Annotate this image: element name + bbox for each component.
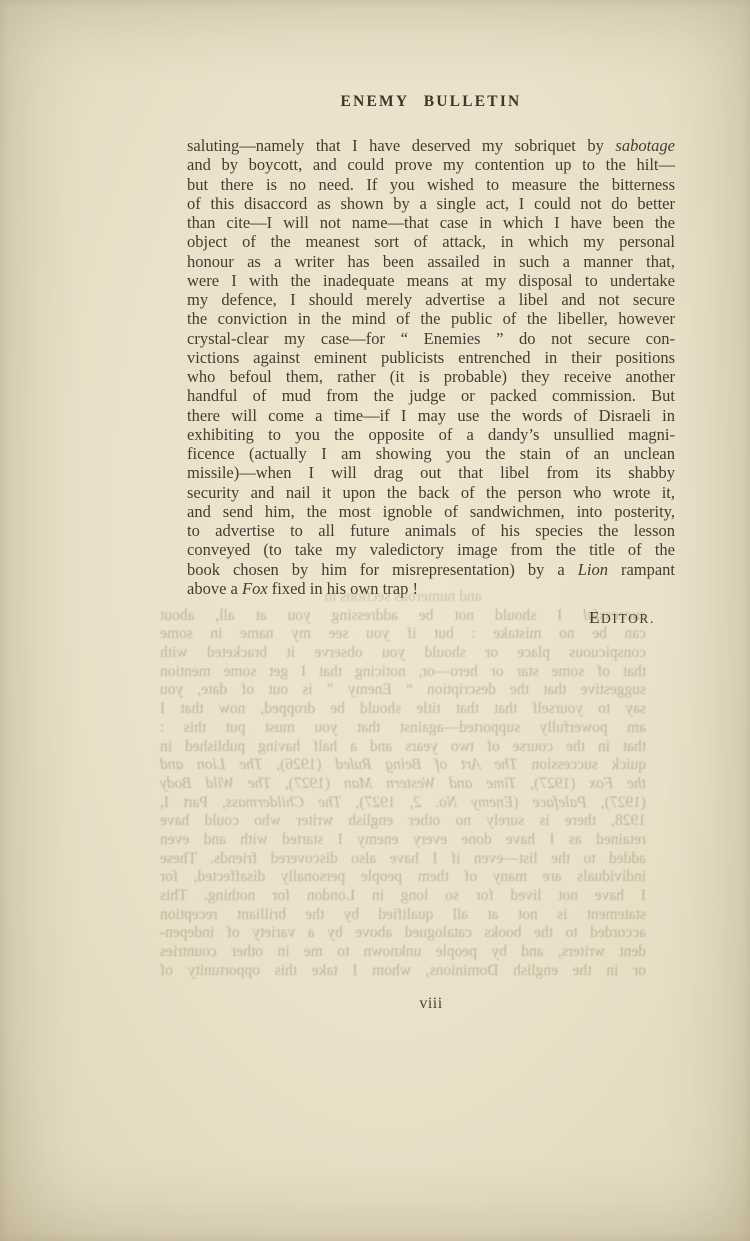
page-number: viii bbox=[187, 995, 675, 1013]
text-line: to advertise to all future animals of hi… bbox=[187, 521, 675, 540]
text-line: or in the english Dominions, whom I take… bbox=[160, 962, 646, 981]
text-line: added to the list—even if I have also di… bbox=[160, 850, 646, 869]
text-line: crystal-clear my case—for “ Enemies ” do… bbox=[187, 329, 675, 348]
text-line: book chosen by him for misrepresentation… bbox=[187, 560, 675, 579]
text-line: of this disaccord as shown by a single a… bbox=[187, 194, 675, 213]
text-line: than cite—I will not name—that case in w… bbox=[187, 213, 675, 232]
text-line: ficence (actually I am showing you the s… bbox=[187, 444, 675, 463]
text-line: that in the course of two years and a ha… bbox=[160, 738, 646, 757]
text-line: conveyed (to take my valedictory image f… bbox=[187, 540, 675, 559]
text-line: handful of mud from the judge or packed … bbox=[187, 386, 675, 405]
text-line: quick succession The Art of Being Ruled … bbox=[160, 756, 646, 775]
text-line: were I with the inadequate means at my d… bbox=[187, 271, 675, 290]
running-head: ENEMY BULLETIN bbox=[187, 93, 675, 111]
text-line: am powerfully supported—against that you… bbox=[160, 719, 646, 738]
text-line: dent writers, and by people unknown to m… bbox=[160, 943, 646, 962]
text-line: suggestive that the description “ Enemy … bbox=[160, 681, 646, 700]
text-line: the conviction in the mind of the public… bbox=[187, 309, 675, 328]
text-line: statement is not at all qualified by the… bbox=[160, 906, 646, 925]
text-line: there will come a time—if I may use the … bbox=[187, 406, 675, 425]
text-line: saluting—namely that I have deserved my … bbox=[187, 136, 675, 155]
text-line: exhibiting to you the opposite of a dand… bbox=[187, 425, 675, 444]
text-line: my defence, I should merely advertise a … bbox=[187, 290, 675, 309]
text-line: security and nail it upon the back of th… bbox=[187, 483, 675, 502]
text-line: say to yourself that that title should b… bbox=[160, 700, 646, 719]
text-line: honour as a writer has been assailed in … bbox=[187, 252, 675, 271]
text-line: victions against eminent publicists entr… bbox=[187, 348, 675, 367]
text-line: and send him, the most ignoble of sandwi… bbox=[187, 502, 675, 521]
text-line: missile)—when I will drag out that libel… bbox=[187, 463, 675, 482]
text-line: object of the meanest sort of attack, in… bbox=[187, 232, 675, 251]
text-line: the Fox (1927), Time and Western Man (19… bbox=[160, 775, 646, 794]
text-line: 1928, there is surely no other english w… bbox=[160, 812, 646, 831]
text-line: who befoul them, rather (it is probable)… bbox=[187, 367, 675, 386]
body-paragraph: saluting—namely that I have deserved my … bbox=[187, 136, 675, 598]
text-line: and by boycott, and could prove my conte… bbox=[187, 155, 675, 174]
text-line: I have not lived for so long in London f… bbox=[160, 887, 646, 906]
text-line: and numerous sections in bbox=[160, 588, 646, 607]
text-line: can be no mistake : but if you see my na… bbox=[160, 625, 646, 644]
text-line: conspicuous place or should you observe … bbox=[160, 644, 646, 663]
text-line: that of some star or hero—or, noticing t… bbox=[160, 663, 646, 682]
text-line: successful I should not be addressing yo… bbox=[160, 607, 646, 626]
text-line: but there is no need. If you wished to m… bbox=[187, 175, 675, 194]
text-line: individuals are many of them people pers… bbox=[160, 868, 646, 887]
text-line: accorded to the books catalogued above b… bbox=[160, 924, 646, 943]
scanned-book-page: ENEMY BULLETIN saluting—namely that I ha… bbox=[0, 0, 750, 1241]
text-line: (1927), Paleface (Enemy No. 2, 1927), Th… bbox=[160, 794, 646, 813]
reverse-page-show-through: and numerous sections insuccessful I sho… bbox=[160, 588, 646, 980]
text-line: retained as I have done every enemy I st… bbox=[160, 831, 646, 850]
